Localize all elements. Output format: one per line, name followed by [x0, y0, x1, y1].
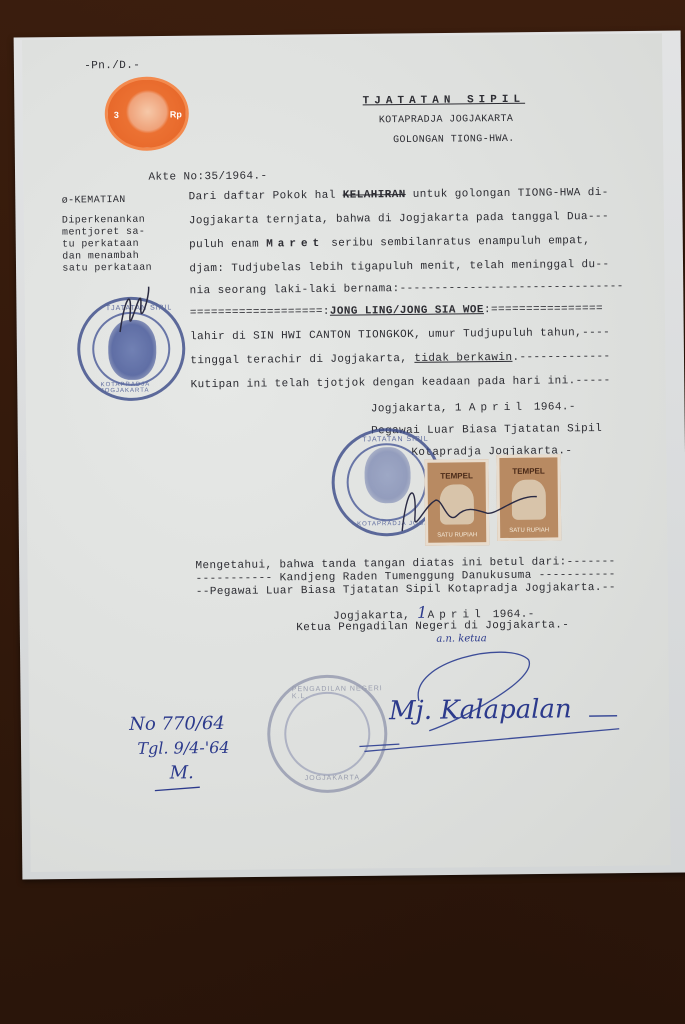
header-city: KOTAPRADJA JOGJAKARTA — [379, 113, 514, 128]
signature-scribble-left — [114, 277, 155, 337]
place-date-1: Jogjakarta, 1 April 1964.- — [371, 400, 576, 416]
handwritten-register-date: Tgl. 9/4-'64 — [137, 738, 229, 758]
struck-word: KELAHIRAN — [343, 189, 406, 202]
death-certificate-document: -Pn./D.- 3 Rp TJATATAN SIPIL KOTAPRADJA … — [22, 33, 671, 872]
margin-note-heading: ø-KEMATIAN — [62, 194, 126, 209]
signature-dash — [589, 714, 619, 718]
revenue-embossed-stamp: 3 Rp — [104, 76, 189, 151]
header-title: TJATATAN SIPIL — [363, 93, 526, 109]
judge-signature-text: Mj. Kalapalan — [389, 694, 572, 726]
body-line: nia seorang laki-laki bernama:----------… — [190, 280, 624, 299]
margin-note-line: tu perkataan — [62, 239, 139, 252]
body-line: djam: Tudjubelas lebih tigapuluh menit, … — [189, 258, 609, 276]
handwritten-register-number: No 770/64 — [129, 713, 225, 735]
garuda-emblem-icon — [126, 89, 170, 133]
detail-line: lahir di SIN HWI CANTON TIONGKOK, umur T… — [190, 326, 610, 344]
marital-status: tidak berkawin — [414, 352, 512, 365]
stamp-currency: Rp — [170, 109, 182, 119]
akte-number: Akte No:35/1964.- — [148, 169, 267, 184]
month-march: Maret — [266, 238, 324, 251]
handwritten-initials: M. — [170, 762, 194, 783]
body-line: Jogjakarta ternjata, bahwa di Jogjakarta… — [189, 210, 609, 228]
body-line: Dari daftar Pokok hal KELAHIRAN untuk go… — [189, 186, 609, 204]
detail-line: tinggal terachir di Jogjakarta, tidak be… — [190, 350, 610, 368]
header-group: GOLONGAN TIONG-HWA. — [393, 133, 515, 148]
official-title-2: Ketua Pengadilan Negeri di Jogjakarta.- — [296, 618, 569, 635]
deceased-name: JONG LING/JONG SIA WOE — [330, 304, 484, 318]
reference-code: -Pn./D.- — [84, 59, 140, 74]
initials-underline — [155, 786, 205, 793]
stamp-value: 3 — [114, 110, 119, 120]
margin-note-line: mentjoret sa- — [62, 227, 145, 240]
signature-over-stamps — [397, 475, 548, 537]
margin-note-line: Diperkenankan — [62, 215, 145, 228]
detail-line: Kutipan ini telah tjotjok dengan keadaan… — [191, 374, 611, 392]
body-line: puluh enam Maret seribu sembilanratus en… — [189, 234, 590, 252]
margin-note-line: dan menambah — [62, 251, 139, 264]
margin-note-line: satu perkataan — [62, 263, 152, 276]
deceased-name-line: ===================:JONG LING/JONG SIA W… — [190, 302, 603, 320]
